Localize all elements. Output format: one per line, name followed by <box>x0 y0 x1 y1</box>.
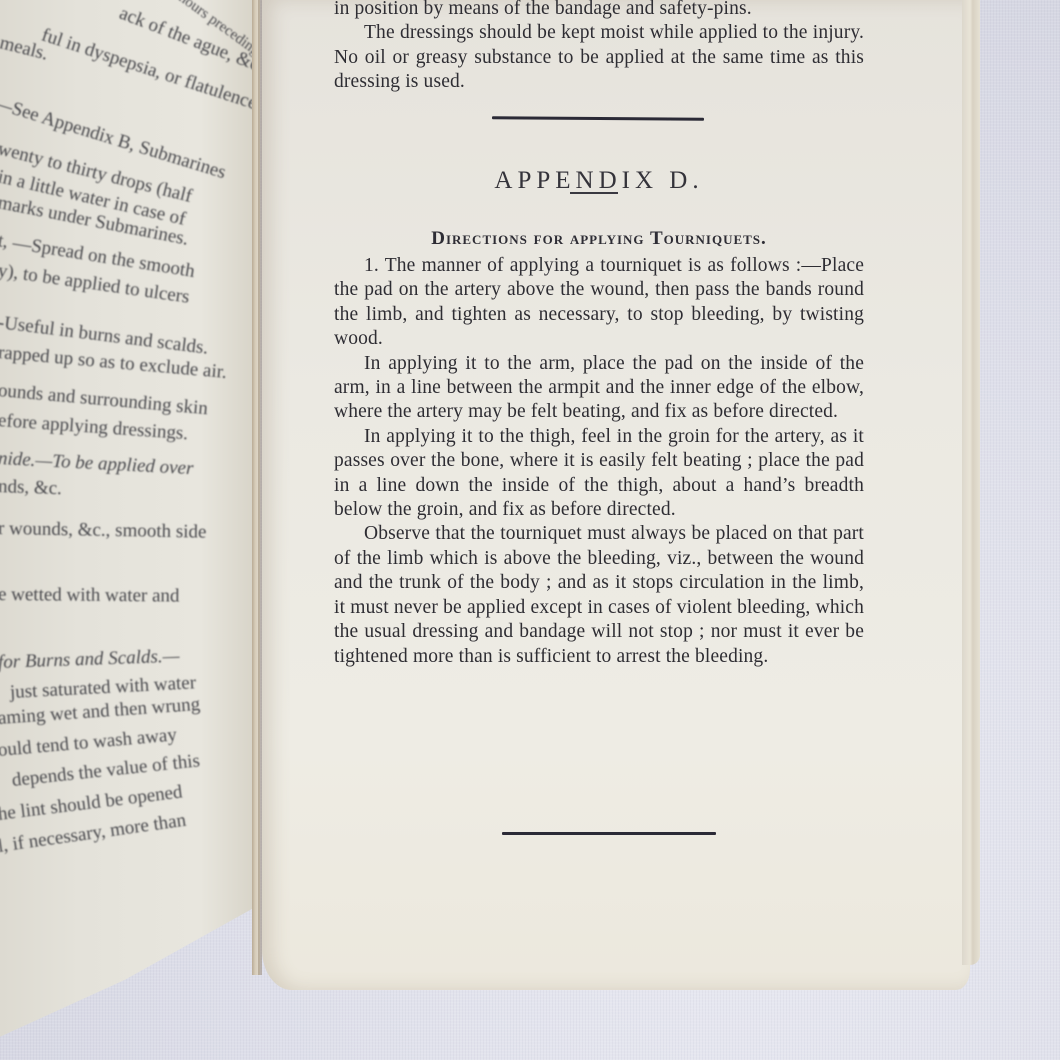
left-line: for Burns and Scalds.— <box>0 646 180 674</box>
left-line: nide.—To be applied over <box>0 448 194 480</box>
page-edge-stack <box>962 0 980 965</box>
left-line: e wetted with water and <box>0 584 180 608</box>
paragraph-thigh: In applying it to the thigh, feel in the… <box>334 425 864 523</box>
continued-line: in position by means of the bandage and … <box>334 0 864 21</box>
paragraph-observe: Observe that the tourniquet must always … <box>334 522 864 668</box>
left-line: r wounds, &c., smooth side <box>0 518 207 544</box>
heading-underline-rule <box>570 192 618 194</box>
appendix-body: 1. The manner of applying a tourniquet i… <box>334 254 864 669</box>
dressing-note: The dressings should be kept moist while… <box>334 21 864 94</box>
left-page-text: ack of the ague, &c. hours preceding ful… <box>0 0 260 1055</box>
continued-paragraph: in position by means of the bandage and … <box>334 0 864 95</box>
appendix-subheading: Directions for applying Tourniquets. <box>334 228 864 250</box>
left-page: ack of the ague, &c. hours preceding ful… <box>0 0 260 1055</box>
paragraph-manner: 1. The manner of applying a tourniquet i… <box>334 254 864 352</box>
paragraph-arm: In applying it to the arm, place the pad… <box>334 352 864 425</box>
appendix-heading: APPENDIX D. <box>334 167 864 195</box>
end-divider-rule <box>502 832 716 835</box>
left-line: nds, &c. <box>0 476 62 500</box>
